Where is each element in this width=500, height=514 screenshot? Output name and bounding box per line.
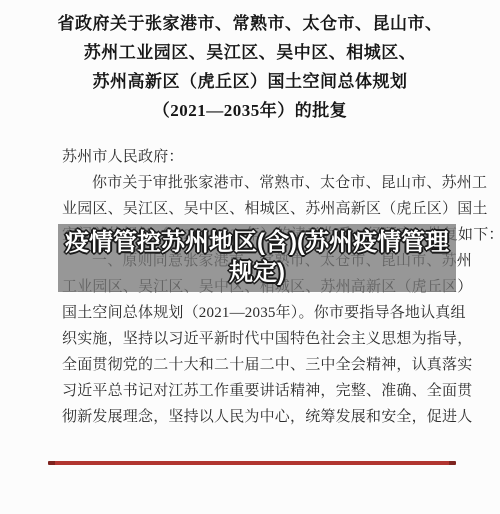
body-line: 国土空间总体规划（2021—2035年）。你市要指导各地认真组 xyxy=(62,300,444,326)
body-line: 你市关于审批张家港市、常熟市、太仓市、昆山市、苏州工 xyxy=(62,170,444,196)
title-line-3: 苏州高新区（虎丘区）国土空间总体规划 xyxy=(0,67,500,96)
red-divider-line xyxy=(48,461,456,465)
body-line: 习近平总书记对江苏工作重要讲话精神，完整、准确、全面贯 xyxy=(62,378,444,404)
body-line: 业园区、吴江区、吴中区、相城区、苏州高新区（虎丘区）国土 xyxy=(62,196,444,222)
body-line: 全面贯彻党的二十大和二十届二中、三中全会精神，认真落实 xyxy=(62,352,444,378)
body-line: 织实施，坚持以习近平新时代中国特色社会主义思想为指导， xyxy=(62,326,444,352)
title-line-2: 苏州工业园区、吴江区、吴中区、相城区、 xyxy=(0,38,500,67)
document-page: 省政府关于张家港市、常熟市、太仓市、昆山市、 苏州工业园区、吴江区、吴中区、相城… xyxy=(0,0,500,514)
title-line-4: （2021—2035年）的批复 xyxy=(0,96,500,125)
salutation: 苏州市人民政府： xyxy=(62,144,444,170)
title-line-1: 省政府关于张家港市、常熟市、太仓市、昆山市、 xyxy=(0,9,500,38)
overlay-caption-band: 疫情管控苏州地区(含)(苏州疫情管理 规定) xyxy=(58,224,456,292)
body-line: 彻新发展理念，坚持以人民为中心，统筹发展和安全，促进人 xyxy=(62,404,444,430)
document-title: 省政府关于张家港市、常熟市、太仓市、昆山市、 苏州工业园区、吴江区、吴中区、相城… xyxy=(0,9,500,125)
overlay-caption-line-1: 疫情管控苏州地区(含)(苏州疫情管理 xyxy=(65,228,449,258)
overlay-caption-line-2: 规定) xyxy=(229,258,285,288)
